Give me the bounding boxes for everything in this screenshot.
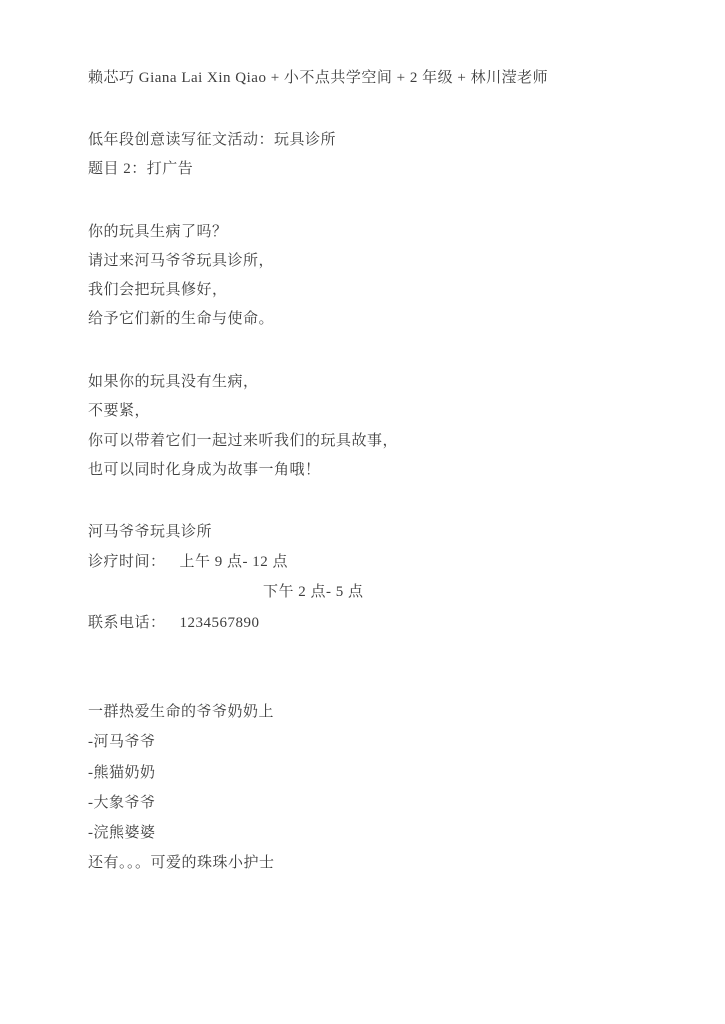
- clinic-phone-line: 联系电话：1234567890: [88, 612, 260, 634]
- ad-alt-line: 也可以同时化身成为故事一角哦！: [88, 459, 321, 481]
- ad-intro-line: 给予它们新的生命与使命。: [88, 308, 274, 330]
- clinic-hours-afternoon: 下午 2 点- 5 点: [263, 581, 364, 603]
- signature-member: -大象爷爷: [88, 792, 156, 814]
- activity-title: 低年段创意读写征文活动：玩具诊所: [88, 129, 336, 151]
- clinic-hours-morning: 上午 9 点- 12 点: [180, 551, 289, 573]
- ad-alt-line: 不要紧，: [88, 400, 150, 422]
- document-page: 赖芯巧 Giana Lai Xin Qiao + 小不点共学空间 + 2 年级 …: [0, 0, 725, 1024]
- signature-closing: 还有。。。可爱的珠珠小护士: [88, 852, 275, 874]
- student-header: 赖芯巧 Giana Lai Xin Qiao + 小不点共学空间 + 2 年级 …: [88, 67, 548, 89]
- clinic-hours-morning-line: 诊疗时间：上午 9 点- 12 点: [88, 551, 288, 573]
- ad-intro-line: 请过来河马爷爷玩具诊所，: [88, 250, 274, 272]
- activity-topic: 题目 2：打广告: [88, 158, 193, 180]
- signature-member: -浣熊婆婆: [88, 822, 156, 844]
- signature-member: -河马爷爷: [88, 731, 156, 753]
- ad-intro-line: 我们会把玩具修好，: [88, 279, 228, 301]
- signature-member: -熊猫奶奶: [88, 762, 156, 784]
- clinic-phone-number: 1234567890: [180, 612, 260, 634]
- clinic-hours-label: 诊疗时间：: [88, 554, 166, 570]
- ad-alt-line: 你可以带着它们一起过来听我们的玩具故事，: [88, 430, 398, 452]
- clinic-phone-label: 联系电话：: [88, 615, 166, 631]
- signature-intro: 一群热爱生命的爷爷奶奶上: [88, 701, 274, 723]
- clinic-name: 河马爷爷玩具诊所: [88, 521, 212, 543]
- ad-alt-line: 如果你的玩具没有生病，: [88, 371, 259, 393]
- ad-intro-line: 你的玩具生病了吗？: [88, 221, 228, 243]
